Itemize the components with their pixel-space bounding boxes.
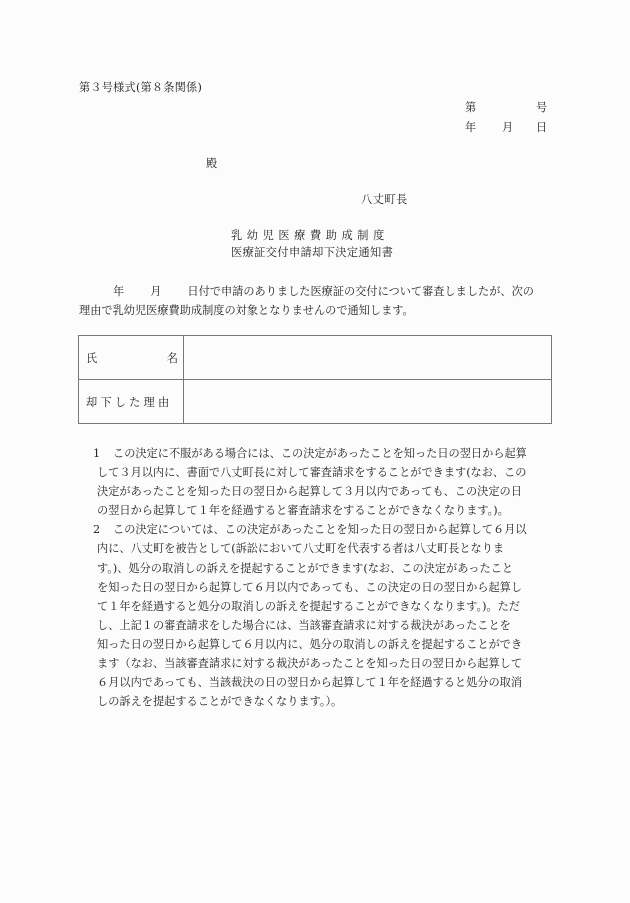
note-line: この決定については、この決定があったことを知った日の翌日から起算して６月以 bbox=[113, 520, 553, 539]
note-line: この決定に不服がある場合には、この決定があったことを知った日の翌日から起算 bbox=[113, 444, 553, 463]
note-item-1: 1 この決定に不服がある場合には、この決定があったことを知った日の翌日から起算 … bbox=[93, 444, 553, 520]
name-label-part2: 名 bbox=[167, 350, 178, 366]
name-value-field[interactable] bbox=[184, 336, 552, 380]
intro-year-label: 年 bbox=[113, 285, 124, 298]
reason-value-field[interactable] bbox=[184, 380, 552, 424]
note-line: 内に、八丈町を被告として(訴訟において八丈町を代表する者は八丈町長となりま bbox=[97, 539, 553, 558]
note-line: ます（なお、当該審査請求に対する裁決があったことを知った日の翌日から起算して bbox=[97, 654, 553, 673]
date-year-label: 年 bbox=[465, 119, 476, 135]
intro-line2: 理由で乳幼児医療費助成制度の対象となりませんので通知します。 bbox=[79, 301, 549, 320]
name-label: 氏 名 bbox=[86, 350, 178, 366]
table-row-name: 氏 名 bbox=[79, 336, 552, 380]
name-label-part1: 氏 bbox=[86, 350, 97, 366]
note-line: 決定があったことを知った日の翌日から起算して３月以内であっても、この決定の日 bbox=[97, 482, 553, 501]
note-text: この決定については、この決定があったことを知った日の翌日から起算して６月以 内に… bbox=[113, 520, 553, 711]
document-number-suffix: 号 bbox=[536, 99, 547, 115]
addressee-honorific: 殿 bbox=[206, 155, 217, 171]
form-number: 第３号様式(第８条関係) bbox=[79, 79, 202, 95]
note-line: 知った日の翌日から起算して６月以内に、処分の取消しの訴えを提起することができ bbox=[97, 635, 553, 654]
note-line: して３月以内に、書面で八丈町長に対して審査請求をすることができます(なお、この bbox=[97, 463, 553, 482]
notes-list: 1 この決定に不服がある場合には、この決定があったことを知った日の翌日から起算 … bbox=[93, 444, 553, 711]
intro-line1-text: 日付で申請のありました医療証の交付について審査しましたが、次の bbox=[187, 285, 534, 298]
note-line: し、上記１の審査請求をした場合には、当該審査請求に対する裁決があったことを bbox=[97, 616, 553, 635]
date-month-label: 月 bbox=[502, 119, 513, 135]
note-line: の翌日から起算して１年を経過すると審査請求をすることができなくなります。)。 bbox=[97, 501, 553, 520]
applicant-info-table: 氏 名 却下した理由 bbox=[78, 335, 552, 424]
reason-label: 却下した理由 bbox=[86, 396, 172, 409]
note-line: て１年を経過すると処分の取消しの訴えを提起することができなくなります。)。ただ bbox=[97, 597, 553, 616]
note-line: を知った日の翌日から起算して６月以内であっても、この決定の日の翌日から起算し bbox=[97, 578, 553, 597]
note-line: ６月以内であっても、当該裁決の日の翌日から起算して１年を経過すると処分の取消 bbox=[97, 673, 553, 692]
document-number-prefix: 第 bbox=[465, 99, 476, 115]
intro-line1: 年月日付で申請のありました医療証の交付について審査しましたが、次の bbox=[79, 282, 549, 301]
reason-label-cell: 却下した理由 bbox=[79, 380, 184, 424]
document-title-line1: 乳幼児医療費助成制度 bbox=[231, 227, 389, 243]
date-day-label: 日 bbox=[536, 119, 547, 135]
table-row-reason: 却下した理由 bbox=[79, 380, 552, 424]
document-title-line2: 医療証交付申請却下決定通知書 bbox=[231, 244, 393, 260]
issuer-name: 八丈町長 bbox=[361, 191, 408, 207]
note-line: す。)、処分の取消しの訴えを提起することができます(なお、この決定があったこと bbox=[97, 559, 553, 578]
note-line: しの訴えを提起することができなくなります。）。 bbox=[97, 692, 553, 711]
note-item-2: 2 この決定については、この決定があったことを知った日の翌日から起算して６月以 … bbox=[93, 520, 553, 711]
intro-paragraph: 年月日付で申請のありました医療証の交付について審査しましたが、次の 理由で乳幼児… bbox=[79, 282, 549, 320]
note-text: この決定に不服がある場合には、この決定があったことを知った日の翌日から起算 して… bbox=[113, 444, 553, 520]
name-label-cell: 氏 名 bbox=[79, 336, 184, 380]
intro-month-label: 月 bbox=[150, 285, 161, 298]
